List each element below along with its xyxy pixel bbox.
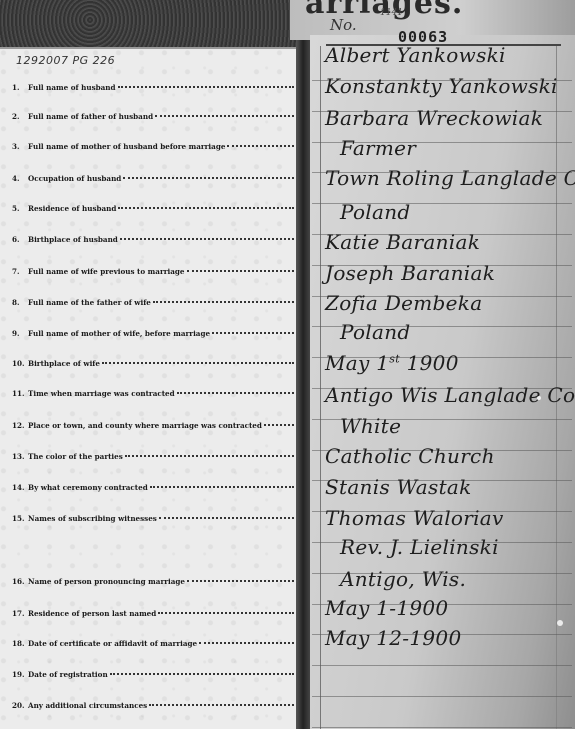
field-label: Time when marriage was contracted (28, 389, 175, 398)
ledger-rule-line (312, 665, 572, 666)
field-number: 13. (12, 452, 28, 461)
dotted-leader (120, 235, 294, 240)
handwritten-entry: Town Roling Langlade Co (325, 166, 575, 190)
form-field-row: 4.Occupation of husband (12, 174, 294, 188)
handwritten-entry: White (340, 414, 401, 438)
dotted-leader (118, 83, 294, 88)
field-label: Any additional circumstances (28, 701, 147, 710)
field-label: Date of certificate or affidavit of marr… (28, 639, 197, 648)
field-number: 17. (12, 609, 28, 618)
dotted-leader (102, 359, 294, 364)
dotted-leader (125, 452, 294, 457)
dotted-leader (227, 142, 294, 147)
field-label: Birthplace of wife (28, 359, 100, 368)
form-field-row: 16.Name of person pronouncing marriage (12, 577, 294, 591)
dotted-leader (177, 389, 294, 394)
field-number: 12. (12, 421, 28, 430)
dotted-leader (158, 609, 294, 614)
dotted-leader (110, 670, 294, 675)
dotted-leader (155, 112, 294, 117)
page-binding (296, 40, 310, 729)
form-field-row: 13.The color of the parties (12, 452, 294, 466)
scan-speck (557, 620, 563, 626)
form-field-row: 12.Place or town, and county where marri… (12, 421, 294, 435)
field-number: 9. (12, 329, 28, 338)
field-label: By what ceremony contracted (28, 483, 148, 492)
dotted-leader (149, 701, 294, 706)
field-number: 15. (12, 514, 28, 523)
handwritten-entry: Katie Baraniak (325, 230, 480, 254)
field-label: Residence of husband (28, 204, 116, 213)
field-label: Full name of mother of husband before ma… (28, 142, 225, 151)
field-number: 19. (12, 670, 28, 679)
field-number: 5. (12, 204, 28, 213)
handwritten-entry: May 1st 1900 (325, 351, 459, 375)
handwritten-entry: Zofia Dembeka (325, 291, 482, 315)
dotted-leader (199, 639, 294, 644)
handwritten-entry: Antigo, Wis. (340, 567, 466, 591)
handwritten-entry: Thomas Waloriav (325, 506, 504, 530)
ledger-rule-line (312, 696, 572, 697)
dotted-leader (153, 298, 294, 303)
field-label: Full name of husband (28, 83, 116, 92)
form-reference: 1292007 PG 226 (16, 54, 115, 67)
form-field-row: 11.Time when marriage was contracted (12, 389, 294, 403)
form-field-row: 8.Full name of the father of wife (12, 298, 294, 312)
field-number: 20. (12, 701, 28, 710)
form-field-row: 14.By what ceremony contracted (12, 483, 294, 497)
field-number: 10. (12, 359, 28, 368)
handwritten-entry: Joseph Baraniak (325, 261, 495, 285)
dotted-leader (212, 329, 294, 334)
form-field-row: 15.Names of subscribing witnesses (12, 514, 294, 528)
field-label: Full name of mother of wife, before marr… (28, 329, 210, 338)
field-number: 7. (12, 267, 28, 276)
field-label: Birthplace of husband (28, 235, 118, 244)
handwritten-entry: Catholic Church (325, 444, 495, 468)
field-label: Name of person pronouncing marriage (28, 577, 185, 586)
field-number: 1. (12, 83, 28, 92)
scan-speck (537, 396, 541, 400)
field-number: 11. (12, 389, 28, 398)
form-field-row: 1.Full name of husband (12, 83, 294, 97)
form-field-row: 10.Birthplace of wife (12, 359, 294, 373)
dotted-leader (187, 267, 295, 272)
field-number: 14. (12, 483, 28, 492)
form-field-row: 17.Residence of person last named (12, 609, 294, 623)
printed-form: 1292007 PG 226 1.Full name of husband2.F… (0, 47, 296, 729)
dotted-leader (264, 421, 294, 426)
field-number: 6. (12, 235, 28, 244)
form-field-row: 20.Any additional circumstances (12, 701, 294, 715)
handwritten-entry: Barbara Wreckowiak (325, 106, 543, 130)
dotted-leader (159, 514, 294, 519)
form-field-row: 9.Full name of mother of wife, before ma… (12, 329, 294, 343)
field-number: 8. (12, 298, 28, 307)
form-field-row: 6.Birthplace of husband (12, 235, 294, 249)
form-field-row: 3.Full name of mother of husband before … (12, 142, 294, 156)
field-number: 4. (12, 174, 28, 183)
field-label: Names of subscribing witnesses (28, 514, 157, 523)
field-label: Residence of person last named (28, 609, 156, 618)
form-field-row: 5.Residence of husband (12, 204, 294, 218)
handwritten-entry: Farmer (340, 136, 416, 160)
dotted-leader (118, 204, 294, 209)
ledger-rule-line (312, 727, 572, 728)
scan-border-dark (0, 0, 300, 50)
handwritten-record-number: 1141 (380, 8, 403, 18)
handwritten-entry: Rev. J. Lielinski (340, 535, 499, 559)
field-label: Place or town, and county where marriage… (28, 421, 262, 430)
handwritten-entry: May 12-1900 (325, 626, 461, 650)
dotted-leader (150, 483, 294, 488)
field-label: Full name of wife previous to marriage (28, 267, 185, 276)
handwritten-entry: Albert Yankowski (325, 43, 506, 67)
dotted-leader (123, 174, 294, 179)
field-number: 18. (12, 639, 28, 648)
field-label: Date of registration (28, 670, 108, 679)
handwritten-entry: Konstankty Yankowski (325, 74, 558, 98)
handwritten-entry: May 1-1900 (325, 596, 448, 620)
handwritten-entry: Poland (340, 320, 411, 344)
field-label: Occupation of husband (28, 174, 121, 183)
field-number: 3. (12, 142, 28, 151)
field-number: 2. (12, 112, 28, 121)
field-label: The color of the parties (28, 452, 123, 461)
handwritten-entry: Poland (340, 200, 411, 224)
form-field-row: 18.Date of certificate or affidavit of m… (12, 639, 294, 653)
form-field-row: 7.Full name of wife previous to marriage (12, 267, 294, 281)
handwritten-entry: Antigo Wis Langlade Co (325, 383, 575, 407)
field-label: Full name of father of husband (28, 112, 153, 121)
form-field-row: 2.Full name of father of husband (12, 112, 294, 126)
field-number: 16. (12, 577, 28, 586)
form-field-row: 19.Date of registration (12, 670, 294, 684)
dotted-leader (187, 577, 294, 582)
handwritten-entry: Stanis Wastak (325, 475, 472, 499)
number-prefix: No. (330, 16, 357, 34)
field-label: Full name of the father of wife (28, 298, 151, 307)
